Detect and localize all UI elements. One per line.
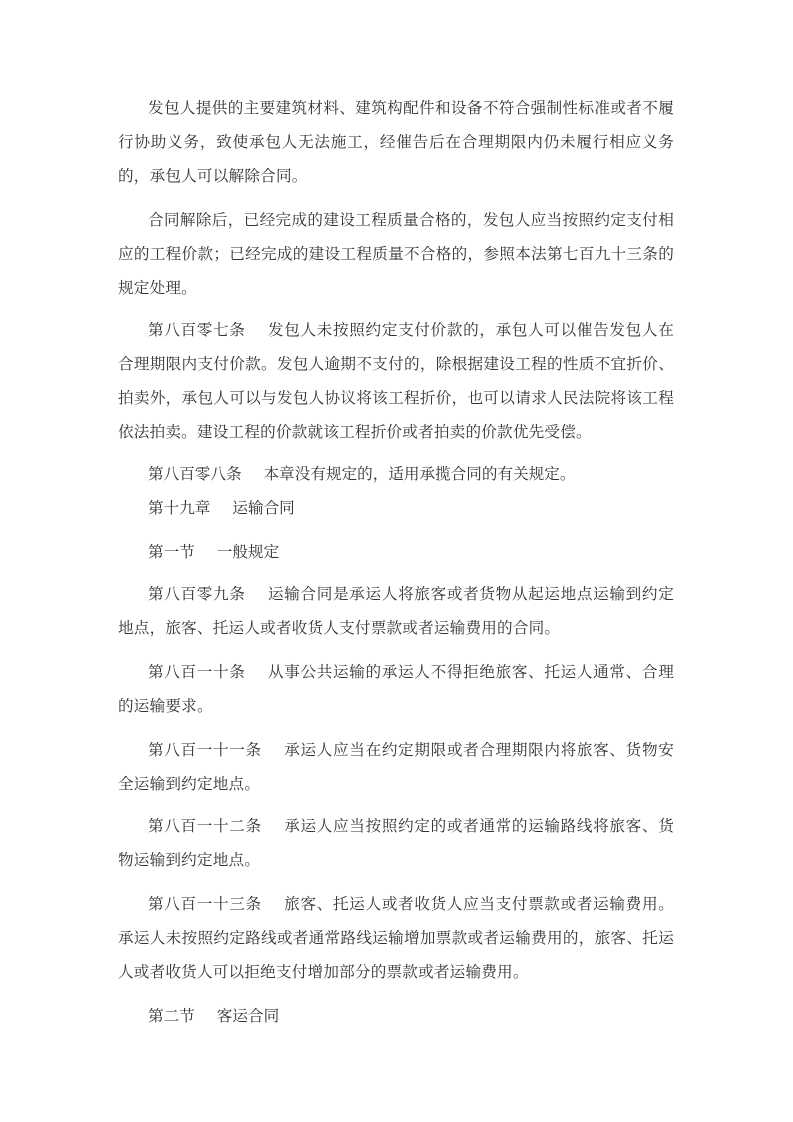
article-text: 发包人未按照约定支付价款的，承包人可以催告发包人在合理期限内支付价款。发包人逾期… — [118, 321, 674, 441]
chapter-heading: 第十九章运输合同 — [148, 491, 295, 525]
article-810: 第八百一十条从事公共运输的承运人不得拒绝旅客、托运人通常、合理的运输要求。 — [118, 655, 674, 723]
section-heading-1: 第一节一般规定 — [148, 535, 279, 569]
paragraph-contractor-termination: 发包人提供的主要建筑材料、建筑构配件和设备不符合强制性标准或者不履行协助义务，致… — [118, 91, 674, 193]
article-807: 第八百零七条发包人未按照约定支付价款的，承包人可以催告发包人在合理期限内支付价款… — [118, 313, 674, 449]
article-number: 第八百一十二条 — [148, 817, 262, 835]
article-text: 本章没有规定的，适用承揽合同的有关规定。 — [264, 465, 576, 483]
document-page: 发包人提供的主要建筑材料、建筑构配件和设备不符合强制性标准或者不履行协助义务，致… — [0, 0, 793, 1122]
paragraph-after-termination: 合同解除后，已经完成的建设工程质量合格的，发包人应当按照约定支付相应的工程价款；… — [118, 203, 674, 305]
article-number: 第八百一十条 — [148, 663, 246, 681]
article-number: 第八百零九条 — [148, 585, 246, 603]
section-title: 一般规定 — [217, 543, 279, 561]
article-809: 第八百零九条运输合同是承运人将旅客或者货物从起运地点运输到约定地点，旅客、托运人… — [118, 577, 674, 645]
section-heading-2: 第二节客运合同 — [148, 999, 279, 1033]
article-813: 第八百一十三条旅客、托运人或者收货人应当支付票款或者运输费用。承运人未按照约定路… — [118, 887, 674, 989]
article-number: 第八百零七条 — [148, 321, 246, 339]
article-number: 第八百零八条 — [148, 465, 242, 483]
article-811: 第八百一十一条承运人应当在约定期限或者合理期限内将旅客、货物安全运输到约定地点。 — [118, 733, 674, 801]
article-number: 第八百一十一条 — [148, 741, 262, 759]
section-number: 第一节 — [148, 543, 195, 561]
article-812: 第八百一十二条承运人应当按照约定的或者通常的运输路线将旅客、货物运输到约定地点。 — [118, 809, 674, 877]
article-number: 第八百一十三条 — [148, 895, 262, 913]
chapter-number: 第十九章 — [148, 499, 210, 517]
section-title: 客运合同 — [217, 1007, 279, 1025]
chapter-title: 运输合同 — [232, 499, 294, 517]
article-808: 第八百零八条本章没有规定的，适用承揽合同的有关规定。 — [148, 457, 575, 491]
section-number: 第二节 — [148, 1007, 195, 1025]
